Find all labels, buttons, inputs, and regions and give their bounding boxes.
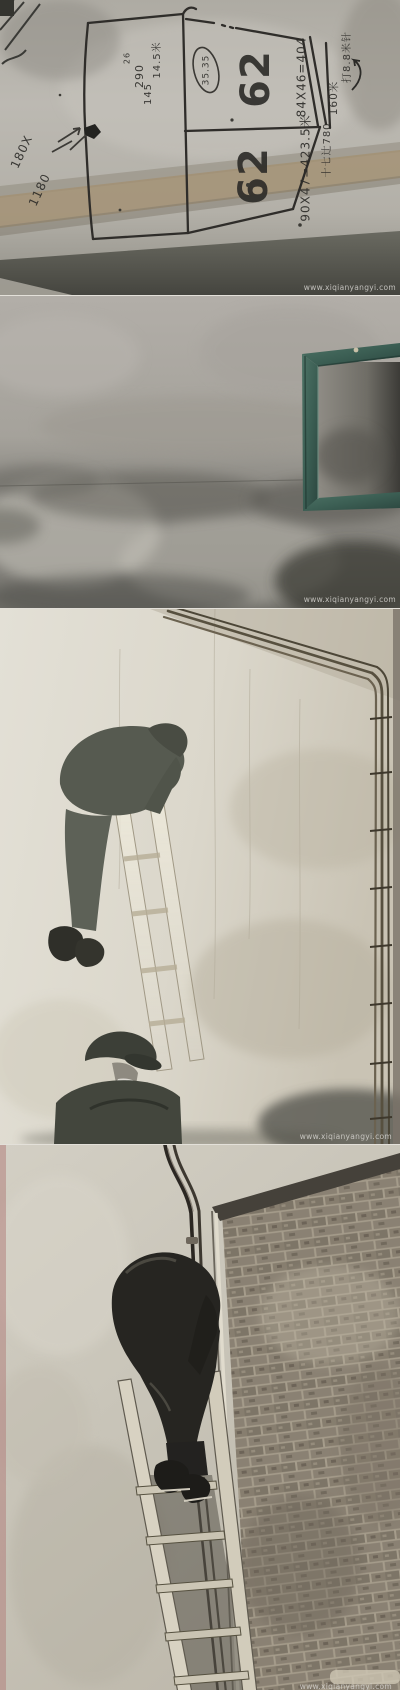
chalk-margin-note-low: 十七辻780: [320, 122, 333, 177]
photo-right-edge-shadow: [393, 609, 400, 1144]
photo-2-art: www.xiqianyangyi.com: [0, 296, 400, 608]
watermark: www.xiqianyangyi.com: [304, 595, 396, 604]
opening-stain: [315, 428, 385, 484]
watermark: www.xiqianyangyi.com: [300, 1132, 392, 1141]
frame-fastener: [354, 348, 359, 353]
chalk-margin-note-top: 打8.8米针: [340, 31, 353, 83]
chalk-margin-note-mid: 160米: [327, 81, 340, 116]
photo-worker-brick-corner: www.xiqianyangyi.com: [0, 1144, 400, 1690]
conduit-coupler: [186, 1237, 198, 1244]
wall-shadow-patch: [0, 0, 120, 80]
window-frame: [302, 343, 400, 511]
photo-workers-ladder-conduit: www.xiqianyangyi.com: [0, 608, 400, 1144]
photo-wall-chalk-measurements: 62 62 84X46=404 90X47=423.5米 打8.8米针 160米…: [0, 0, 400, 295]
chalk-center-d: 145: [143, 83, 154, 105]
watermark: www.xiqianyangyi.com: [300, 1682, 392, 1690]
chalk-calc-top: 84X46=404: [295, 37, 309, 118]
frame-outer-shadow: [305, 356, 306, 509]
photo-1-canvas: 62 62 84X46=404 90X47=423.5米 打8.8米针 160米…: [0, 0, 400, 295]
watermark: www.xiqianyangyi.com: [304, 283, 396, 292]
chalk-circled-value: 35.35: [202, 55, 212, 86]
photo-4-canvas: www.xiqianyangyi.com: [0, 1145, 400, 1690]
chalk-big-number-bottom: 62: [231, 147, 277, 205]
photo-weathered-wall-window: www.xiqianyangyi.com: [0, 295, 400, 608]
chalk-calc-bottom: 90X47=423.5米: [298, 114, 313, 221]
photo-3-canvas: www.xiqianyangyi.com: [0, 609, 400, 1144]
photo-collage-page: 62 62 84X46=404 90X47=423.5米 打8.8米针 160米…: [0, 0, 400, 1690]
corner-dark-mark: [0, 0, 14, 16]
left-edge-pink-stripe: [0, 1145, 6, 1690]
chalk-center-c: 14.5米: [150, 41, 163, 78]
chalk-big-number-top: 62: [233, 50, 279, 108]
chalk-center-b: 26: [123, 52, 132, 64]
frame-left-stile: [302, 354, 318, 511]
